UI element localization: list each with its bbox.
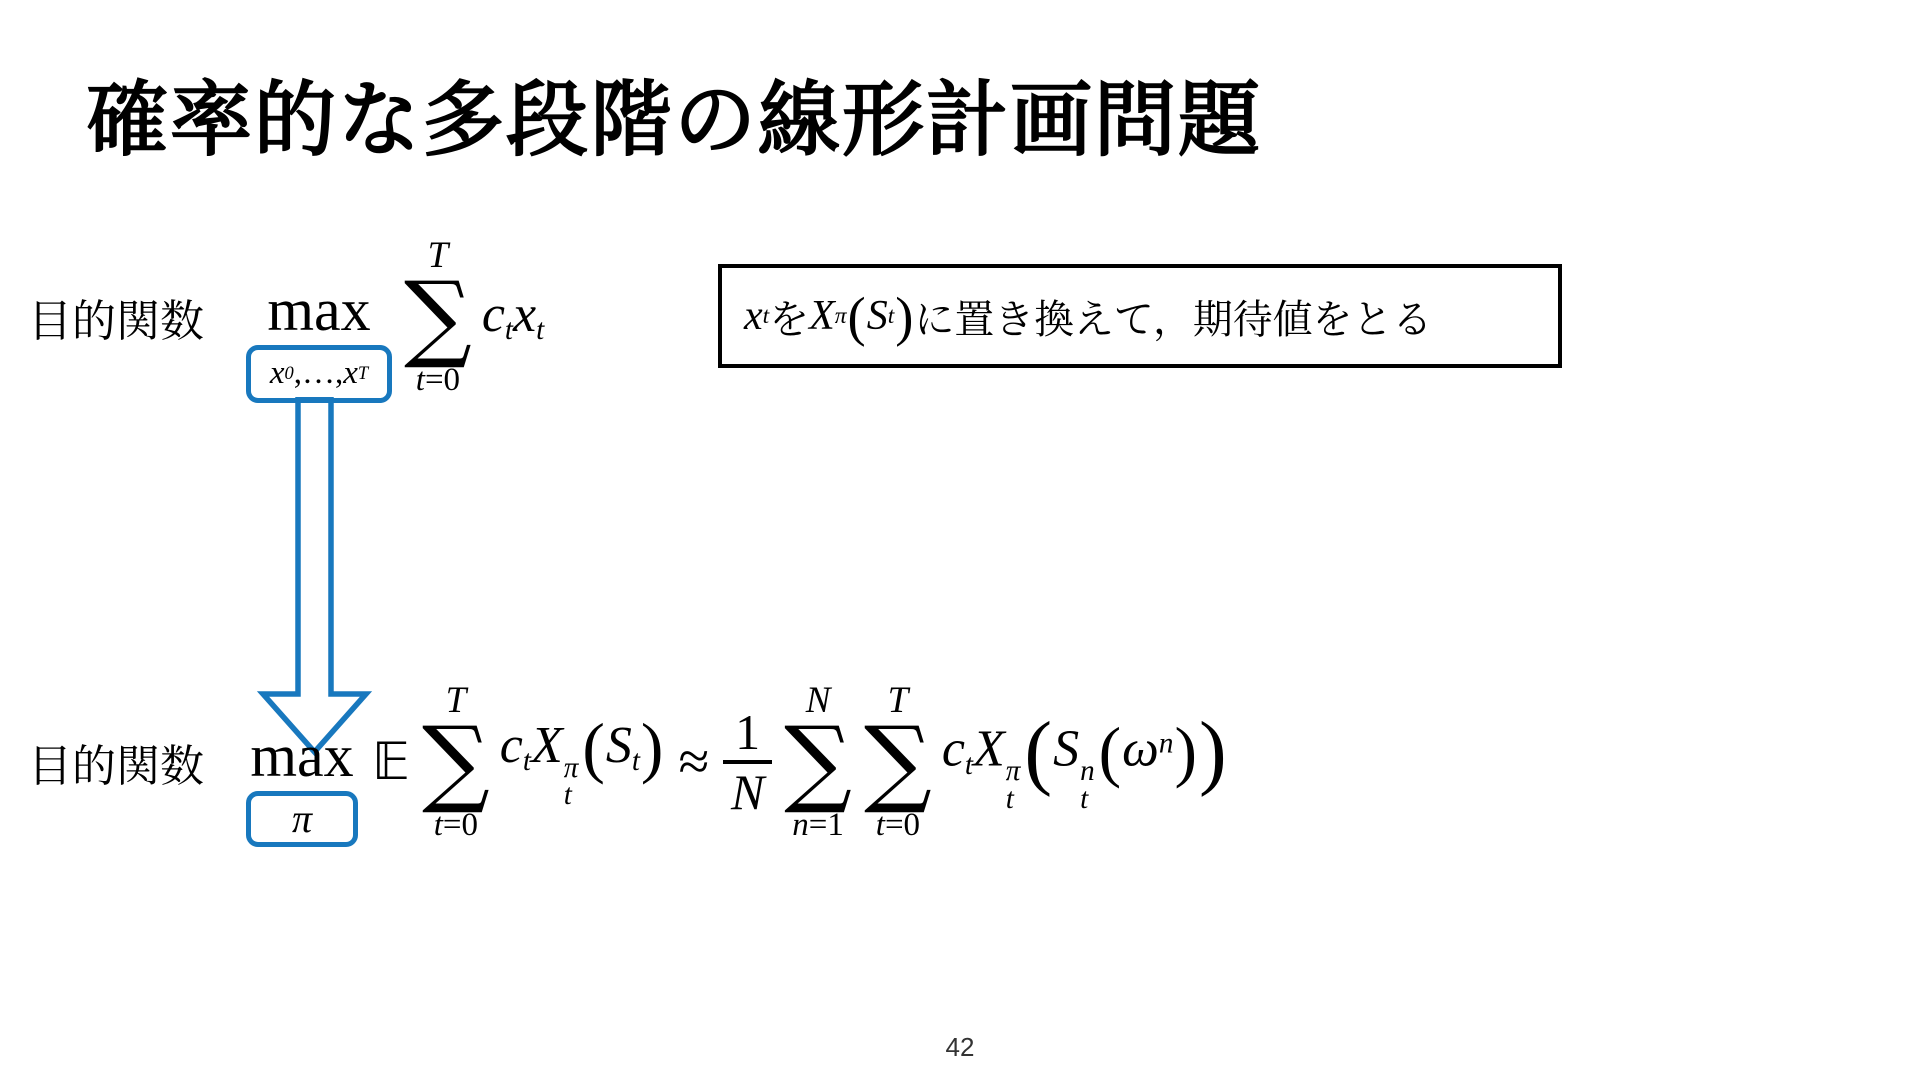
sum-lower-limit: t=0 (416, 364, 460, 397)
sigma-symbol: ∑ (864, 721, 932, 805)
summand-sample: ctXπt(Snt(ωn)) (942, 710, 1228, 814)
max-operator: max (250, 726, 353, 786)
objective-label: 目的関数 (28, 285, 204, 349)
fraction-one-over-N: 1 N (723, 706, 772, 819)
objective-function-deterministic: 目的関数 max x0,…,xT T ∑ t=0 ctxt (28, 222, 544, 412)
max-operator-stack: max x0,…,xT (246, 280, 392, 403)
expectation-symbol: 𝔼 (372, 736, 410, 788)
page-title: 確率的な多段階の線形計画問題 (86, 76, 1262, 166)
approx-symbol: ≈ (678, 730, 709, 794)
sigma-symbol: ∑ (404, 276, 472, 360)
summand-ctxt: ctxt (482, 289, 544, 345)
page-number: 42 (0, 1032, 1920, 1063)
sum-lower-limit: n=1 (792, 809, 844, 842)
summation-t: T ∑ t=0 (422, 682, 490, 842)
summand-policy: ctXπt(St) (500, 714, 665, 810)
max-operator: max (267, 280, 370, 340)
summation-t2: T ∑ t=0 (864, 682, 932, 842)
objective-label: 目的関数 (28, 730, 204, 794)
fraction-numerator: 1 (723, 706, 772, 765)
summation-n: N ∑ n=1 (784, 682, 852, 842)
highlight-box-decision-variables: x0,…,xT (246, 345, 392, 403)
fraction-denominator: N (731, 764, 764, 819)
highlight-box-policy: π (246, 791, 358, 847)
objective-function-stochastic: 目的関数 max π 𝔼 T ∑ t=0 ctXπt(St) ≈ 1 N N ∑… (28, 662, 1228, 862)
max-operator-stack: max π (246, 726, 358, 847)
callout-box: xtをXπ(St) に置き換えて，期待値をとる (718, 264, 1562, 368)
sum-lower-limit: t=0 (434, 809, 478, 842)
sigma-symbol: ∑ (422, 721, 490, 805)
sigma-symbol: ∑ (784, 721, 852, 805)
sum-lower-limit: t=0 (876, 809, 920, 842)
summation-t: T ∑ t=0 (404, 237, 472, 397)
